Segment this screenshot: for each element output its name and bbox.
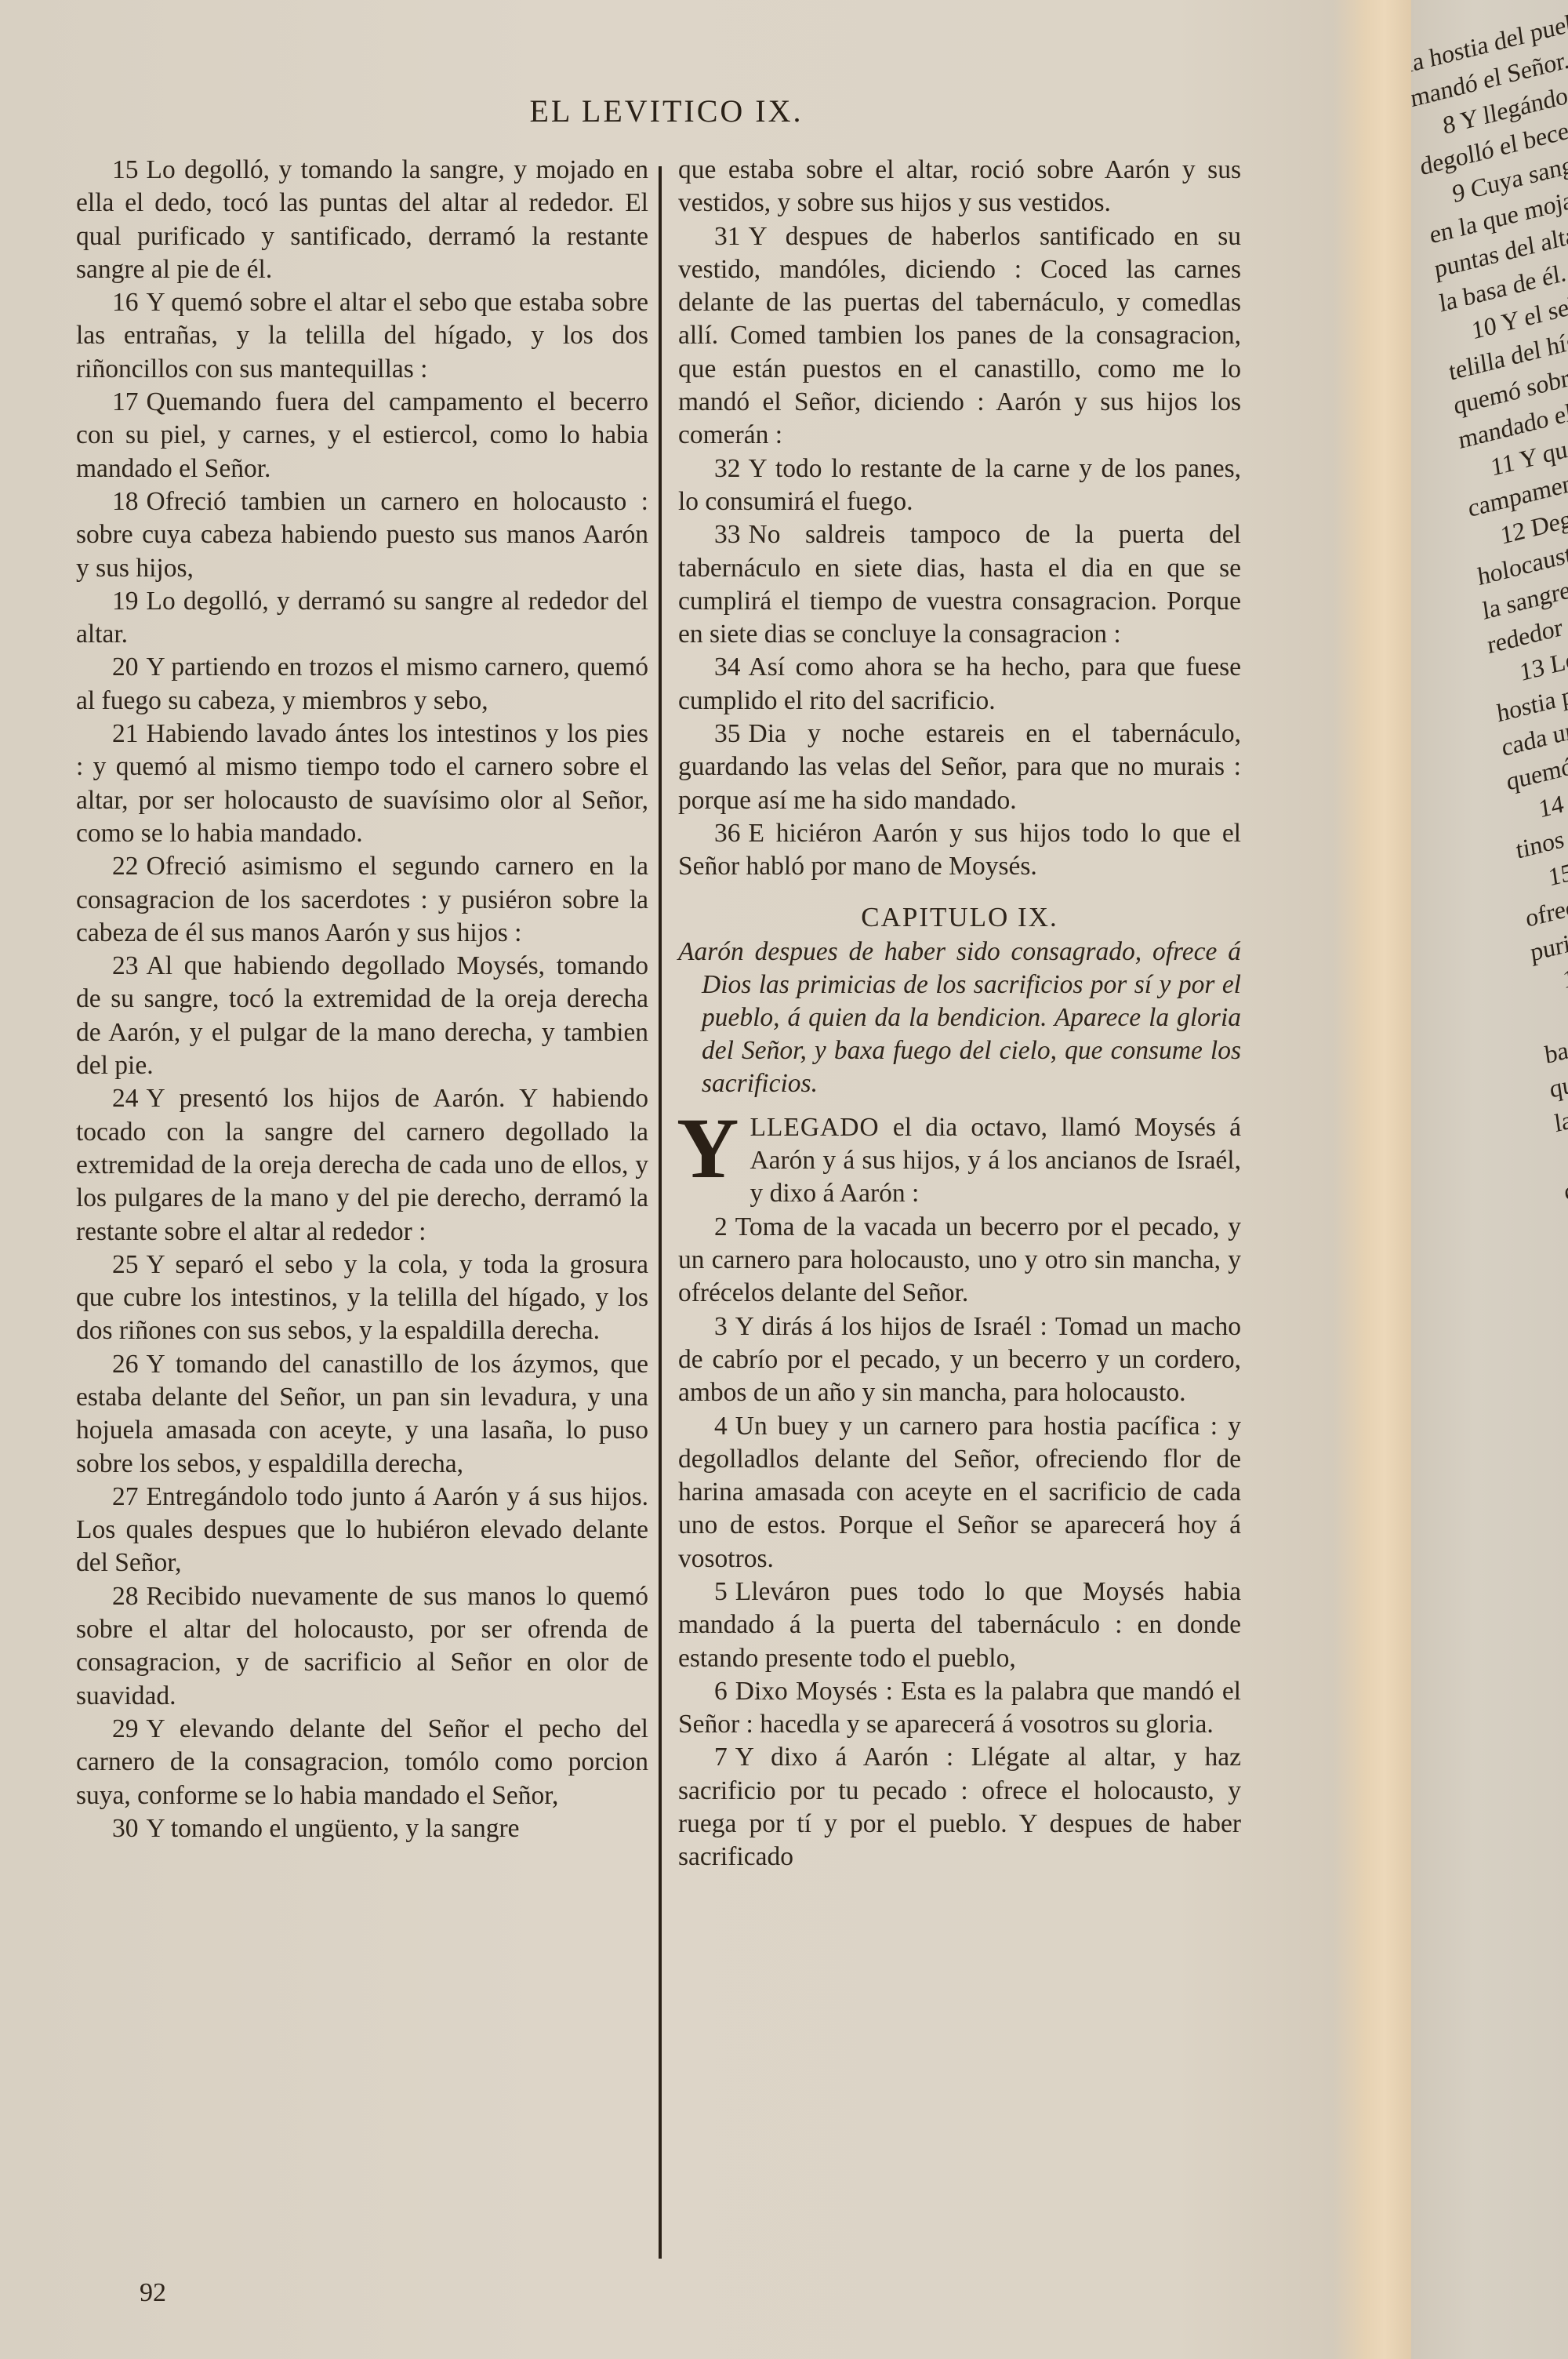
verse-text: Entregándolo todo junto á Aarón y á sus … — [76, 1482, 648, 1578]
column-divider — [659, 166, 662, 2259]
verse-text: Lo degolló, y derramó su sangre al reded… — [76, 587, 648, 649]
verse-text: Ofreció asimismo el segundo carnero en l… — [76, 852, 648, 947]
verse-text: Y tomando el ungüento, y la sangre — [147, 1814, 520, 1843]
verse-text: Ofreció tambien un carnero en holocausto… — [76, 487, 648, 583]
verse-number: 4 — [714, 1412, 728, 1441]
verse-number: 21 — [112, 719, 139, 748]
verse: 34Así como ahora se ha hecho, para que f… — [678, 651, 1241, 718]
verse-number: 19 — [112, 587, 139, 616]
verse: 17Quemando fuera del campamento el becer… — [76, 386, 648, 485]
verse-text: Habiendo lavado ántes los intestinos y l… — [76, 719, 648, 848]
verse-text: Y todo lo restante de la carne y de los … — [678, 454, 1241, 516]
verse-number: 31 — [714, 222, 741, 251]
verse-text: Al que habiendo degollado Moysés, tomand… — [76, 951, 648, 1080]
verse: 24Y presentó los hijos de Aarón. Y habie… — [76, 1082, 648, 1248]
verse-number: 26 — [112, 1350, 139, 1379]
verse-text: Dia y noche estareis en el tabernáculo, … — [678, 719, 1241, 815]
page-number: 92 — [140, 2278, 166, 2308]
opening-lead: LLEGADO — [750, 1113, 879, 1142]
facing-page: la hostia del pueblo, ruegamandó el Seño… — [1411, 0, 1568, 2359]
verse-text: Y elevando delante del Señor el pecho de… — [76, 1714, 648, 1810]
verse: 18Ofreció tambien un carnero en holocaus… — [76, 485, 648, 585]
verse: 26Y tomando del canastillo de los ázymos… — [76, 1348, 648, 1481]
verse-text: Y partiendo en trozos el mismo carnero, … — [76, 652, 648, 714]
verse-text: Y despues de haberlos santificado en su … — [678, 222, 1241, 450]
verse: 16Y quemó sobre el altar el sebo que est… — [76, 286, 648, 386]
verse: 31Y despues de haberlos santificado en s… — [678, 220, 1241, 453]
verse: 19Lo degolló, y derramó su sangre al red… — [76, 585, 648, 652]
verse-text: Lo degolló, y tomando la sangre, y mojad… — [76, 155, 648, 284]
verse: 2Toma de la vacada un becerro por el pec… — [678, 1211, 1241, 1310]
continuation-text: que estaba sobre el altar, roció sobre A… — [678, 154, 1241, 220]
verse-number: 36 — [714, 819, 741, 848]
verse-number: 20 — [112, 652, 139, 682]
chapter-title: CAPITULO IX. — [678, 901, 1241, 934]
verse: 4Un buey y un carnero para hostia pacífi… — [678, 1410, 1241, 1576]
verse-text: Y quemó sobre el altar el sebo que estab… — [76, 288, 648, 383]
verse: 21Habiendo lavado ántes los intestinos y… — [76, 718, 648, 850]
chapter-opening-verse: YLLEGADO el dia octavo, llamó Moysés á A… — [678, 1111, 1241, 1211]
verse: 35Dia y noche estareis en el tabernáculo… — [678, 718, 1241, 817]
verse-number: 28 — [112, 1582, 139, 1611]
facing-page-text: la hostia del pueblo, ruegamandó el Seño… — [1411, 0, 1568, 2231]
verse-number: 18 — [112, 487, 139, 516]
verse: 7Y dixo á Aarón : Llégate al altar, y ha… — [678, 1741, 1241, 1874]
verse: 33No saldreis tampoco de la puerta del t… — [678, 518, 1241, 651]
verse: 15Lo degolló, y tomando la sangre, y moj… — [76, 154, 648, 286]
verse-text: Y presentó los hijos de Aarón. Y habiend… — [76, 1084, 648, 1245]
drop-cap: Y — [677, 1116, 739, 1180]
verse: 29Y elevando delante del Señor el pecho … — [76, 1713, 648, 1812]
verse-number: 34 — [714, 652, 741, 682]
verse: 27Entregándolo todo junto á Aarón y á su… — [76, 1481, 648, 1580]
verse: 28Recibido nuevamente de sus manos lo qu… — [76, 1580, 648, 1713]
verse: 36E hiciéron Aarón y sus hijos todo lo q… — [678, 817, 1241, 884]
verse-number: 35 — [714, 719, 741, 748]
verse-number: 25 — [112, 1250, 139, 1279]
verse-text: Y dirás á los hijos de Israél : Tomad un… — [678, 1312, 1241, 1408]
left-column: 15Lo degolló, y tomando la sangre, y moj… — [76, 154, 648, 1845]
verse-number: 3 — [714, 1312, 728, 1341]
verse-text: Recibido nuevamente de sus manos lo quem… — [76, 1582, 648, 1710]
verse-number: 7 — [714, 1743, 728, 1772]
right-column: que estaba sobre el altar, roció sobre A… — [678, 154, 1241, 1874]
verse-number: 6 — [714, 1677, 728, 1706]
chapter-summary: Aarón despues de haber sido consagrado, … — [678, 936, 1241, 1100]
verse: 32Y todo lo restante de la carne y de lo… — [678, 453, 1241, 519]
verse-text: No saldreis tampoco de la puerta del tab… — [678, 520, 1241, 649]
verse-number: 33 — [714, 520, 741, 549]
verse-text: Así como ahora se ha hecho, para que fue… — [678, 652, 1241, 714]
verse: 3Y dirás á los hijos de Israél : Tomad u… — [678, 1310, 1241, 1410]
verse-number: 29 — [112, 1714, 139, 1743]
verse-number: 30 — [112, 1814, 139, 1843]
verse-number: 24 — [112, 1084, 139, 1113]
verse-number: 23 — [112, 951, 139, 980]
verse-text: Y separó el sebo y la cola, y toda la gr… — [76, 1250, 648, 1346]
verse: 6Dixo Moysés : Esta es la palabra que ma… — [678, 1675, 1241, 1742]
verse-number: 32 — [714, 454, 741, 483]
verse: 23Al que habiendo degollado Moysés, toma… — [76, 950, 648, 1082]
verse-number: 5 — [714, 1577, 728, 1606]
verses-before-chapter: 31Y despues de haberlos santificado en s… — [678, 220, 1241, 884]
verse-text: Y dixo á Aarón : Llégate al altar, y haz… — [678, 1743, 1241, 1871]
verse-number: 27 — [112, 1482, 139, 1511]
verse-text: Un buey y un carnero para hostia pacífic… — [678, 1412, 1241, 1573]
verse-text: Toma de la vacada un becerro por el peca… — [678, 1212, 1241, 1308]
verse-text: Lleváron pues todo lo que Moysés habia m… — [678, 1577, 1241, 1673]
verse-number: 2 — [714, 1212, 728, 1241]
verse: 5Lleváron pues todo lo que Moysés habia … — [678, 1576, 1241, 1675]
verse-text: Dixo Moysés : Esta es la palabra que man… — [678, 1677, 1241, 1739]
verse-text: E hiciéron Aarón y sus hijos todo lo que… — [678, 819, 1241, 881]
verse: 22Ofreció asimismo el segundo carnero en… — [76, 850, 648, 950]
verses-after-chapter: 2Toma de la vacada un becerro por el pec… — [678, 1211, 1241, 1874]
verse-number: 22 — [112, 852, 139, 881]
verse: 20Y partiendo en trozos el mismo carnero… — [76, 651, 648, 718]
verse-text: Quemando fuera del campamento el becerro… — [76, 387, 648, 483]
verse-text: Y tomando del canastillo de los ázymos, … — [76, 1350, 648, 1478]
verse-number: 16 — [112, 288, 139, 317]
running-head: EL LEVITICO IX. — [0, 93, 1333, 129]
verse: 30Y tomando el ungüento, y la sangre — [76, 1812, 648, 1845]
verse: 25Y separó el sebo y la cola, y toda la … — [76, 1249, 648, 1348]
verse-number: 17 — [112, 387, 139, 416]
verse-number: 15 — [112, 155, 139, 184]
